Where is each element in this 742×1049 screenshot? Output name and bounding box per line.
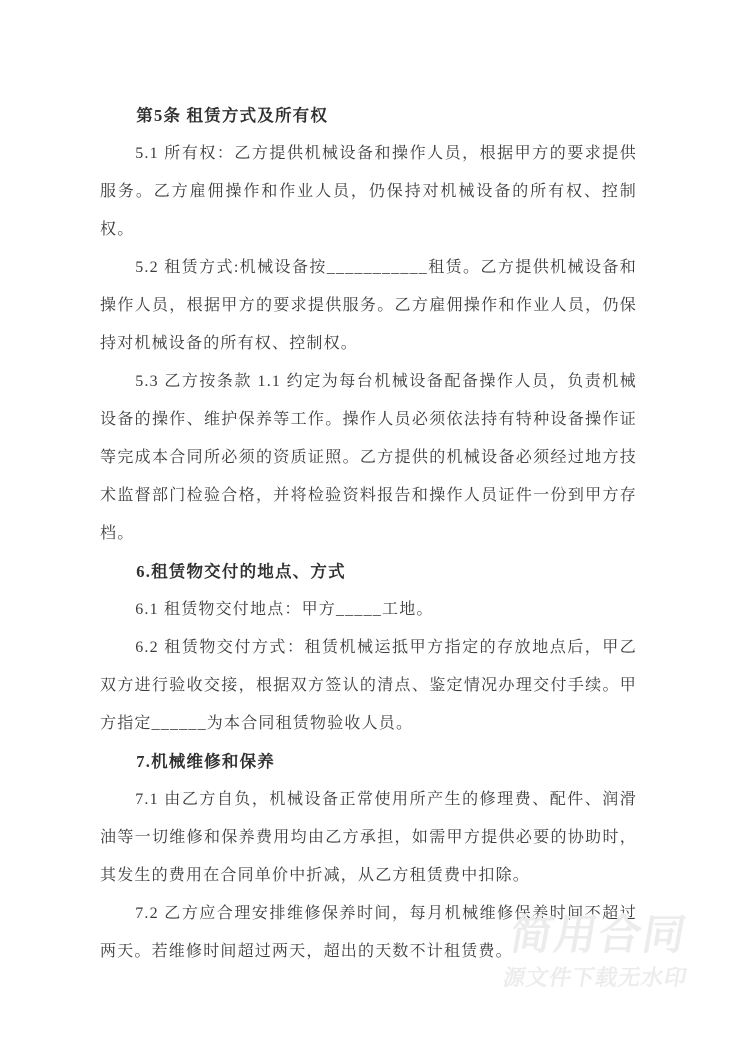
- watermark: 简用合同 源文件下载无水印: [501, 912, 699, 991]
- section-heading: 7.机械维修和保养: [100, 743, 637, 781]
- section-heading: 6.租赁物交付的地点、方式: [100, 553, 637, 591]
- section-heading: 第5条 租赁方式及所有权: [100, 97, 637, 135]
- watermark-subtitle: 源文件下载无水印: [501, 965, 690, 991]
- document-body: 第5条 租赁方式及所有权5.1 所有权：乙方提供机械设备和操作人员，根据甲方的要…: [100, 97, 637, 971]
- contract-paragraph: 5.1 所有权：乙方提供机械设备和操作人员，根据甲方的要求提供服务。乙方雇佣操作…: [100, 135, 637, 249]
- contract-paragraph: 5.3 乙方按条款 1.1 约定为每台机械设备配备操作人员，负责机械设备的操作、…: [100, 363, 637, 553]
- contract-page: 第5条 租赁方式及所有权5.1 所有权：乙方提供机械设备和操作人员，根据甲方的要…: [0, 0, 742, 1049]
- contract-paragraph: 6.1 租赁物交付地点：甲方_____工地。: [100, 591, 637, 629]
- contract-paragraph: 6.2 租赁物交付方式：租赁机械运抵甲方指定的存放地点后，甲乙双方进行验收交接，…: [100, 629, 637, 743]
- contract-paragraph: 7.1 由乙方自负，机械设备正常使用所产生的修理费、配件、润滑油等一切维修和保养…: [100, 781, 637, 895]
- watermark-title: 简用合同: [507, 912, 699, 958]
- contract-paragraph: 5.2 租赁方式:机械设备按___________租赁。乙方提供机械设备和操作人…: [100, 249, 637, 363]
